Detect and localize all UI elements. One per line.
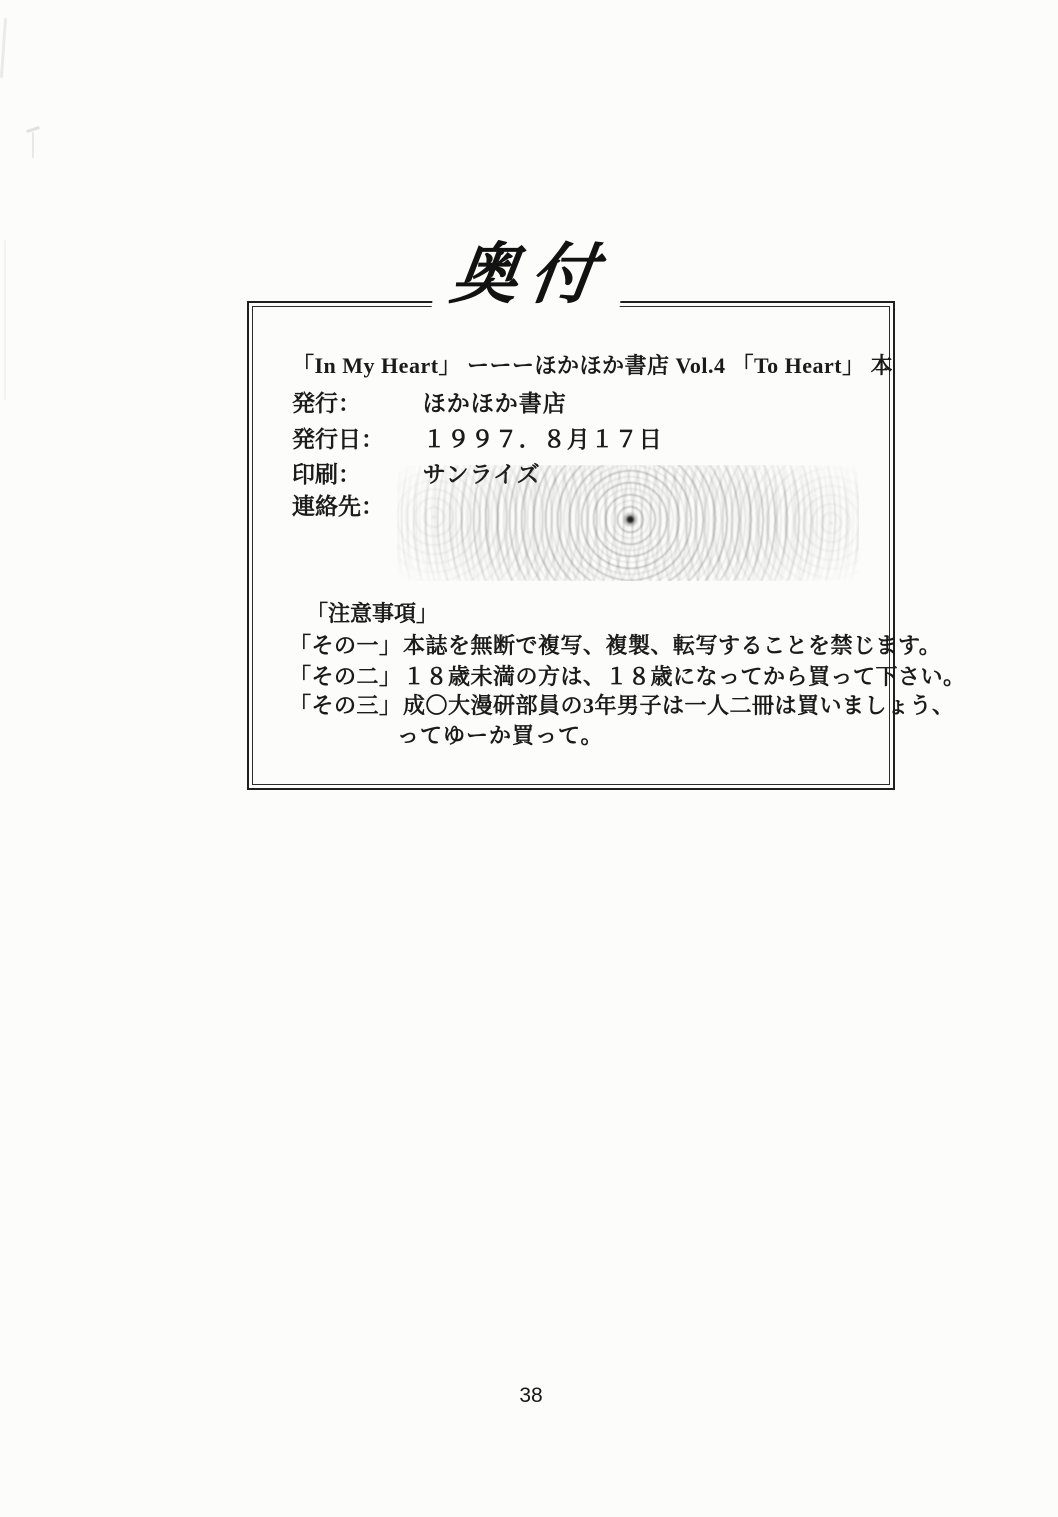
note-label: 「その三」 xyxy=(289,689,397,720)
field-row-publish-date: 発行日： １９９７．８月１７日 xyxy=(292,421,663,454)
note-text: 成〇大漫研部員の3年男子は一人二冊は買いましょう、 xyxy=(403,693,955,718)
note-item: 「その二」 １８歳未満の方は、１８歳になってから買って下さい。 xyxy=(289,660,966,691)
field-value: １９９７．８月１７日 xyxy=(423,421,663,454)
scan-artifact xyxy=(32,132,34,158)
scan-artifact xyxy=(4,240,6,400)
scan-artifact xyxy=(0,18,7,78)
note-label: 「その一」 xyxy=(289,629,397,660)
note-text: 本誌を無断で複写、複製、転写することを禁じます。 xyxy=(403,633,941,658)
note-item: 「その三」 成〇大漫研部員の3年男子は一人二冊は買いましょう、 xyxy=(289,689,955,720)
note-text: １８歳未満の方は、１８歳になってから買って下さい。 xyxy=(403,664,966,689)
page-number: 38 xyxy=(471,1384,591,1408)
book-title-line: 「In My Heart」 ーーーほかほか書店 Vol.4 「To Heart」… xyxy=(292,349,893,380)
note-text-continuation: ってゆーか買って。 xyxy=(397,719,604,750)
redacted-contact-swirl xyxy=(397,465,859,581)
note-item: 「その一」 本誌を無断で複写、複製、転写することを禁じます。 xyxy=(289,629,941,660)
note-label: 「その二」 xyxy=(289,660,397,691)
field-value: ほかほか書店 xyxy=(423,385,567,418)
notes-heading: 「注意事項」 xyxy=(306,597,438,628)
colophon-box: 「In My Heart」 ーーーほかほか書店 Vol.4 「To Heart」… xyxy=(247,301,895,790)
field-label: 発行： xyxy=(292,385,417,418)
field-label: 発行日： xyxy=(292,421,417,454)
colophon-content: 「In My Heart」 ーーーほかほか書店 Vol.4 「To Heart」… xyxy=(249,303,893,788)
field-row-publisher: 発行： ほかほか書店 xyxy=(292,385,567,418)
page-title: 奥付 xyxy=(429,228,630,324)
